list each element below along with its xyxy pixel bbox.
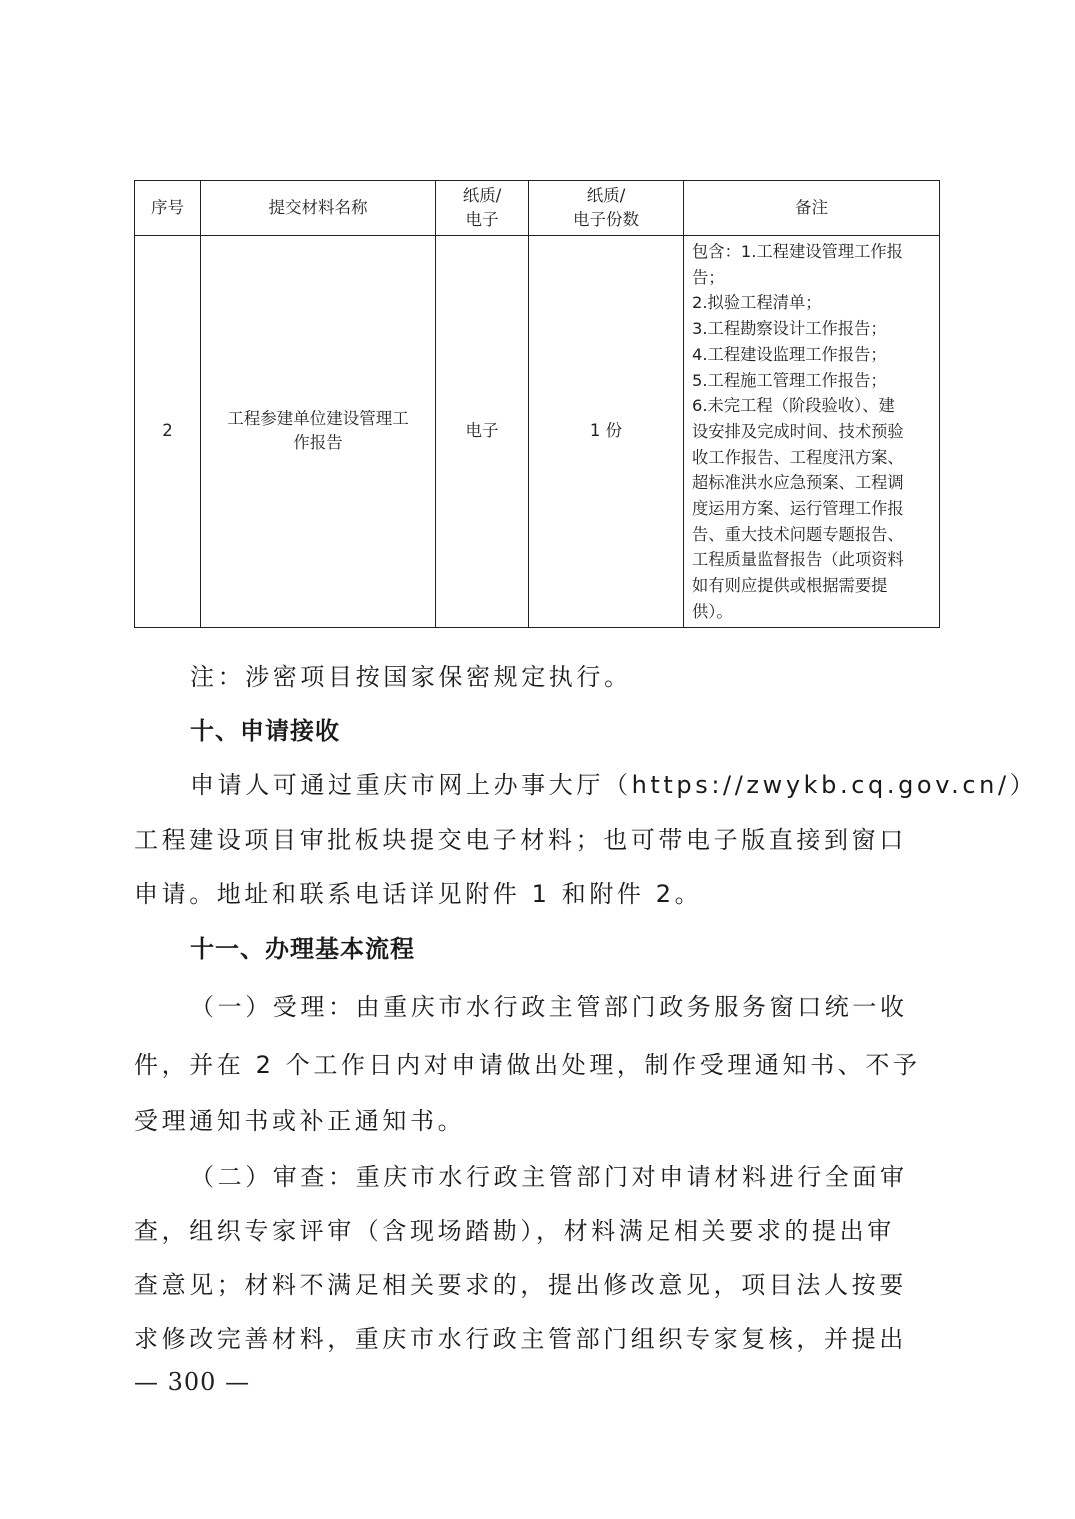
document-page: 序号 提交材料名称 纸质/ 电子 纸质/ 电子份数 备注 2 工程参建单位建设管… bbox=[0, 0, 1075, 1519]
remark-line: 包含：1.工程建设管理工作报 bbox=[692, 239, 933, 265]
header-copies: 纸质/ 电子份数 bbox=[529, 181, 684, 236]
cell-material-name: 工程参建单位建设管理工 作报告 bbox=[201, 236, 436, 628]
remark-line: 工程质量监督报告（此项资料 bbox=[692, 547, 933, 573]
acceptance-paragraph-line: 件，并在 2 个工作日内对申请做出处理，制作受理通知书、不予 bbox=[134, 1038, 946, 1093]
header-seq: 序号 bbox=[135, 181, 201, 236]
header-format: 纸质/ 电子 bbox=[436, 181, 529, 236]
section-10-line: 申请。地址和联系电话详见附件 1 和附件 2。 bbox=[134, 867, 946, 922]
review-paragraph-line: 查，组织专家评审（含现场踏勘），材料满足相关要求的提出审 bbox=[134, 1204, 946, 1259]
remark-line: 告； bbox=[692, 265, 933, 291]
page-number: — 300 — bbox=[134, 1368, 250, 1396]
remark-line: 收工作报告、工程度汛方案、 bbox=[692, 445, 933, 471]
section-10-line: 申请人可通过重庆市网上办事大厅（https://zwykb.cq.gov.cn/… bbox=[134, 758, 1002, 813]
remark-line: 5.工程施工管理工作报告； bbox=[692, 368, 933, 394]
header-material-name: 提交材料名称 bbox=[201, 181, 436, 236]
remark-line: 设安排及完成时间、技术预验 bbox=[692, 419, 933, 445]
remark-line: 供）。 bbox=[692, 599, 933, 625]
section-10-heading: 十、申请接收 bbox=[134, 704, 1002, 759]
remark-line: 6.未完工程（阶段验收）、建 bbox=[692, 393, 933, 419]
header-format-line1: 纸质/ bbox=[463, 186, 502, 205]
header-format-line2: 电子 bbox=[466, 210, 499, 229]
remark-line: 超标准洪水应急预案、工程调 bbox=[692, 470, 933, 496]
cell-remarks: 包含：1.工程建设管理工作报 告； 2.拟验工程清单； 3.工程勘察设计工作报告… bbox=[684, 236, 940, 628]
cell-format: 电子 bbox=[436, 236, 529, 628]
section-11-heading: 十一、办理基本流程 bbox=[134, 922, 1002, 977]
confidentiality-note: 注：涉密项目按国家保密规定执行。 bbox=[134, 650, 1002, 705]
material-name-line1: 工程参建单位建设管理工 bbox=[227, 409, 409, 428]
table-row: 2 工程参建单位建设管理工 作报告 电子 1 份 包含：1.工程建设管理工作报 … bbox=[135, 236, 940, 628]
remark-line: 4.工程建设监理工作报告； bbox=[692, 342, 933, 368]
section-10-line: 工程建设项目审批板块提交电子材料；也可带电子版直接到窗口 bbox=[134, 813, 946, 868]
header-copies-line2: 电子份数 bbox=[573, 210, 639, 229]
review-paragraph-line: 求修改完善材料，重庆市水行政主管部门组织专家复核，并提出 bbox=[134, 1312, 946, 1367]
remark-line: 2.拟验工程清单； bbox=[692, 290, 933, 316]
remark-line: 如有则应提供或根据需要提 bbox=[692, 573, 933, 599]
review-paragraph-line: 查意见；材料不满足相关要求的，提出修改意见，项目法人按要 bbox=[134, 1258, 946, 1313]
materials-table: 序号 提交材料名称 纸质/ 电子 纸质/ 电子份数 备注 2 工程参建单位建设管… bbox=[134, 180, 940, 628]
acceptance-paragraph-line: 受理通知书或补正通知书。 bbox=[134, 1094, 946, 1149]
remark-line: 度运用方案、运行管理工作报 bbox=[692, 496, 933, 522]
remark-line: 告、重大技术问题专题报告、 bbox=[692, 522, 933, 548]
material-name-line2: 作报告 bbox=[293, 433, 343, 452]
header-copies-line1: 纸质/ bbox=[587, 186, 626, 205]
acceptance-paragraph-line: （一）受理：由重庆市水行政主管部门政务服务窗口统一收 bbox=[134, 980, 1002, 1035]
cell-copies: 1 份 bbox=[529, 236, 684, 628]
table-header-row: 序号 提交材料名称 纸质/ 电子 纸质/ 电子份数 备注 bbox=[135, 181, 940, 236]
remark-line: 3.工程勘察设计工作报告； bbox=[692, 316, 933, 342]
header-remarks: 备注 bbox=[684, 181, 940, 236]
review-paragraph-line: （二）审查：重庆市水行政主管部门对申请材料进行全面审 bbox=[134, 1150, 1002, 1205]
cell-seq: 2 bbox=[135, 236, 201, 628]
